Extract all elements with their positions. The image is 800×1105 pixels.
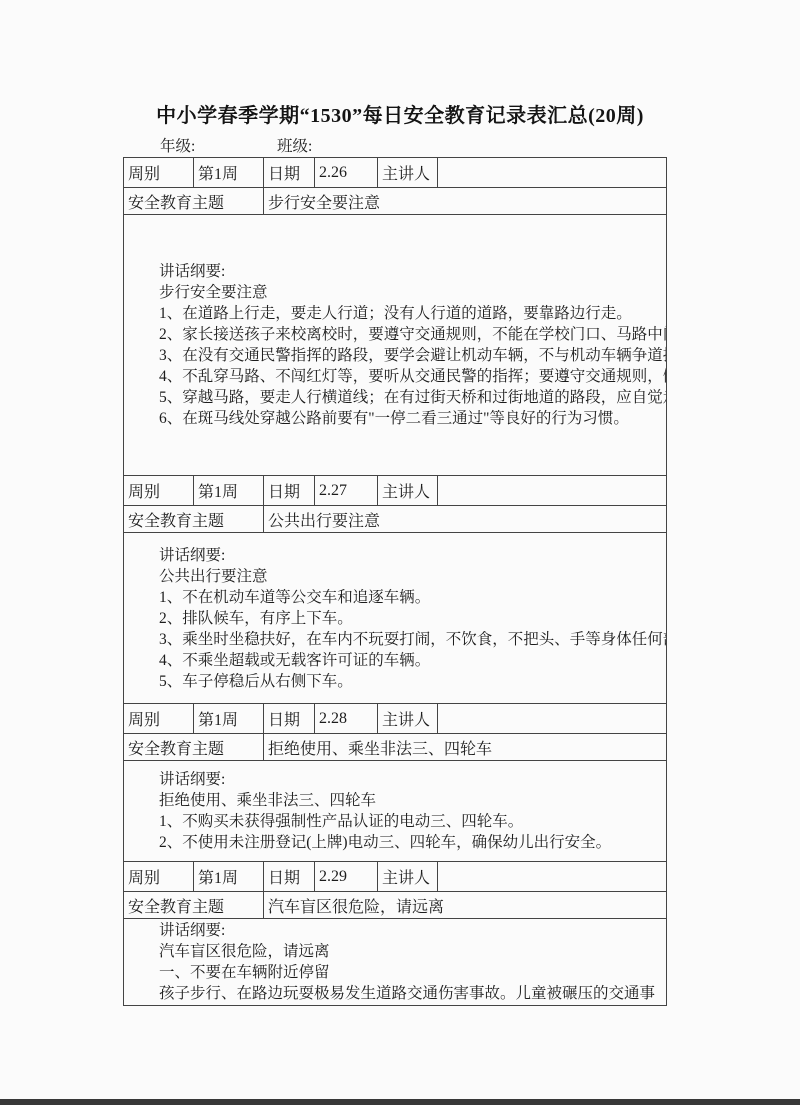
topic-value-cell: 拒绝使用、乘坐非法三、四轮车 [264,734,667,761]
date-label-cell: 日期 [264,862,315,892]
grade-label: 年级: [160,134,195,156]
week-value-cell: 第1周 [194,704,264,734]
speaker-label-cell: 主讲人 [378,158,438,188]
table-row: 讲话纲要: 公共出行要注意 1、不在机动车道等公交车和追逐车辆。 2、排队候车，… [124,533,667,704]
outline-paragraph: 1、不购买未获得强制性产品认证的电动三、四轮车。 [128,811,662,832]
date-value-cell: 2.29 [315,862,378,892]
outline-paragraph: 5、车子停稳后从右侧下车。 [128,671,662,692]
safety-record-table: 周别 第1周 日期 2.26 主讲人 安全教育主题 步行安全要注意 讲话纲要: … [123,157,667,1006]
speaker-value-cell [438,704,667,734]
outline-paragraph: 孩子步行、在路边玩耍极易发生道路交通伤害事故。儿童被碾压的交通事 [128,983,662,1004]
outline-paragraph: 4、不乱穿马路、不闯红灯等，要听从交通民警的指挥；要遵守交通规则，做到"绿灯行，… [128,366,662,387]
outline-paragraph: 汽车盲区很危险，请远离 [128,941,662,962]
class-label: 班级: [277,134,312,156]
table-row: 周别 第1周 日期 2.28 主讲人 [124,704,667,734]
speaker-value-cell [438,476,667,506]
table-row: 安全教育主题 步行安全要注意 [124,188,667,215]
outline-paragraph: 公共出行要注意 [128,566,662,587]
speaker-label-cell: 主讲人 [378,704,438,734]
outline-paragraph: 1、在道路上行走，要走人行道；没有人行道的道路，要靠路边行走。 [128,303,662,324]
speaker-value-cell [438,158,667,188]
week-label-cell: 周别 [124,158,194,188]
bottom-edge-bar [0,1099,800,1105]
outline-heading: 讲话纲要: [128,261,662,282]
outline-cell: 讲话纲要: 汽车盲区很危险，请远离 一、不要在车辆附近停留 孩子步行、在路边玩耍… [124,919,667,1006]
outline-paragraph: 4、不乘坐超载或无载客许可证的车辆。 [128,650,662,671]
outline-paragraph: 3、在没有交通民警指挥的路段，要学会避让机动车辆，不与机动车辆争道抢行。 [128,345,662,366]
outline-cell: 讲话纲要: 步行安全要注意 1、在道路上行走，要走人行道；没有人行道的道路，要靠… [124,215,667,476]
week-label-cell: 周别 [124,704,194,734]
topic-value-cell: 汽车盲区很危险，请远离 [264,892,667,919]
topic-value-cell: 公共出行要注意 [264,506,667,533]
outline-paragraph: 1、不在机动车道等公交车和追逐车辆。 [128,587,662,608]
outline-paragraph: 2、排队候车，有序上下车。 [128,608,662,629]
outline-cell: 讲话纲要: 公共出行要注意 1、不在机动车道等公交车和追逐车辆。 2、排队候车，… [124,533,667,704]
week-value-cell: 第1周 [194,476,264,506]
outline-paragraph: 3、乘坐时坐稳扶好，在车内不玩耍打闹，不饮食，不把头、手等身体任何部位伸出窗外。 [128,629,662,650]
topic-label-cell: 安全教育主题 [124,734,264,761]
date-label-cell: 日期 [264,704,315,734]
table-row: 安全教育主题 拒绝使用、乘坐非法三、四轮车 [124,734,667,761]
page-title: 中小学春季学期“1530”每日安全教育记录表汇总(20周) [0,99,800,128]
week-label-cell: 周别 [124,476,194,506]
speaker-label-cell: 主讲人 [378,862,438,892]
week-label-cell: 周别 [124,862,194,892]
week-value-cell: 第1周 [194,158,264,188]
topic-label-cell: 安全教育主题 [124,188,264,215]
speaker-label-cell: 主讲人 [378,476,438,506]
date-label-cell: 日期 [264,476,315,506]
table-row: 周别 第1周 日期 2.26 主讲人 [124,158,667,188]
outline-paragraph: 2、不使用未注册登记(上牌)电动三、四轮车，确保幼儿出行安全。 [128,832,662,853]
date-value-cell: 2.27 [315,476,378,506]
topic-label-cell: 安全教育主题 [124,892,264,919]
date-value-cell: 2.26 [315,158,378,188]
outline-heading: 讲话纲要: [128,920,662,941]
topic-label-cell: 安全教育主题 [124,506,264,533]
outline-paragraph: 2、家长接送孩子来校离校时，要遵守交通规则，不能在学校门口、马路中间停留，保证道… [128,324,662,345]
outline-paragraph: 5、穿越马路，要走人行横道线；在有过街天桥和过街地道的路段，应自觉走过街天桥和地… [128,387,662,408]
speaker-value-cell [438,862,667,892]
table-row: 安全教育主题 汽车盲区很危险，请远离 [124,892,667,919]
date-value-cell: 2.28 [315,704,378,734]
table-row: 安全教育主题 公共出行要注意 [124,506,667,533]
outline-paragraph: 一、不要在车辆附近停留 [128,962,662,983]
topic-value-cell: 步行安全要注意 [264,188,667,215]
outline-paragraph: 步行安全要注意 [128,282,662,303]
week-value-cell: 第1周 [194,862,264,892]
table-row: 周别 第1周 日期 2.27 主讲人 [124,476,667,506]
table-row: 讲话纲要: 步行安全要注意 1、在道路上行走，要走人行道；没有人行道的道路，要靠… [124,215,667,476]
date-label-cell: 日期 [264,158,315,188]
outline-paragraph: 拒绝使用、乘坐非法三、四轮车 [128,790,662,811]
table-row: 讲话纲要: 汽车盲区很危险，请远离 一、不要在车辆附近停留 孩子步行、在路边玩耍… [124,919,667,1006]
table-row: 讲话纲要: 拒绝使用、乘坐非法三、四轮车 1、不购买未获得强制性产品认证的电动三… [124,761,667,862]
outline-paragraph: 6、在斑马线处穿越公路前要有"一停二看三通过"等良好的行为习惯。 [128,408,662,429]
outline-heading: 讲话纲要: [128,545,662,566]
outline-cell: 讲话纲要: 拒绝使用、乘坐非法三、四轮车 1、不购买未获得强制性产品认证的电动三… [124,761,667,862]
outline-heading: 讲话纲要: [128,769,662,790]
table-row: 周别 第1周 日期 2.29 主讲人 [124,862,667,892]
